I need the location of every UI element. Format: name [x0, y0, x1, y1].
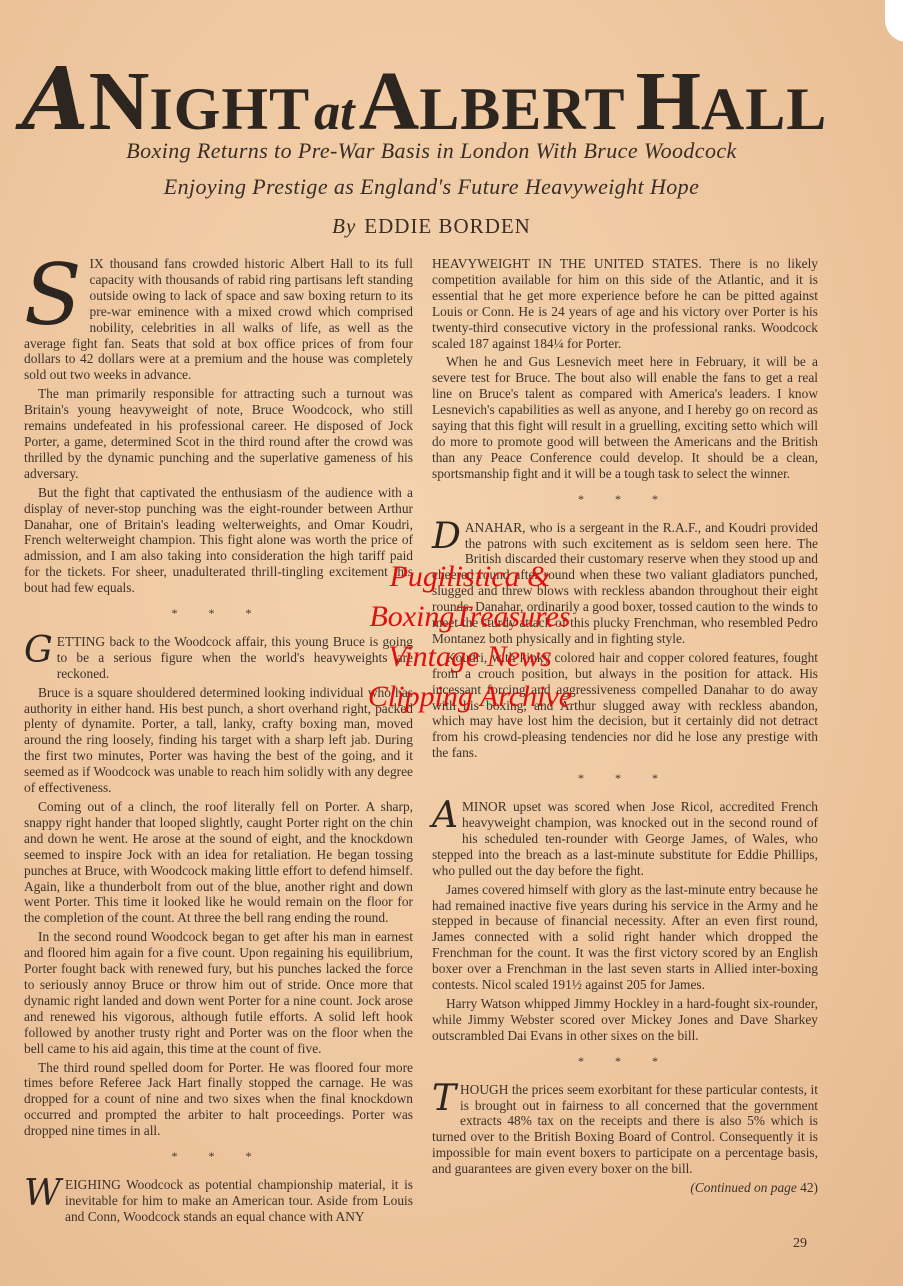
drop-cap: S — [24, 262, 82, 328]
title-albert-cap: A — [359, 60, 420, 144]
paragraph: Harry Watson whipped Jimmy Hockley in a … — [432, 996, 818, 1044]
subtitle-line-2: Enjoying Prestige as England's Future He… — [0, 174, 883, 200]
drop-cap: W — [24, 1179, 61, 1209]
subtitle-line-1: Boxing Returns to Pre-War Basis in Londo… — [0, 138, 883, 164]
paragraph: When he and Gus Lesnevich meet here in F… — [432, 354, 818, 481]
paragraph: Coming out of a clinch, the roof literal… — [24, 799, 413, 926]
left-column: SIX thousand fans crowded historic Alber… — [24, 256, 413, 1228]
title-albert-rest: LBERT — [419, 79, 625, 139]
paragraph: AMINOR upset was scored when Jose Ricol,… — [432, 799, 818, 879]
title-at: at — [314, 87, 354, 139]
paragraph-text: MINOR upset was scored when Jose Ricol, … — [432, 799, 818, 878]
paragraph: James covered himself with glory as the … — [432, 882, 818, 993]
drop-cap: A — [432, 801, 458, 831]
paragraph: GETTING back to the Woodcock affair, thi… — [24, 634, 413, 682]
paragraph: Koudri, with kinky colored hair and copp… — [432, 650, 818, 761]
paragraph: In the second round Woodcock began to ge… — [24, 929, 413, 1056]
paragraph-text: IX thousand fans crowded historic Albert… — [24, 256, 413, 382]
continued-label: (Continued on page — [690, 1180, 796, 1195]
paragraph: THOUGH the prices seem exorbitant for th… — [432, 1082, 818, 1177]
page-number: 29 — [793, 1236, 807, 1252]
title-night-cap: N — [89, 60, 150, 144]
title-hall-rest: ALL — [701, 79, 827, 139]
paragraph: Bruce is a square shouldered determined … — [24, 685, 413, 796]
article-title: ANIGHTatALBERTHALL — [22, 57, 832, 147]
section-divider: * * * — [432, 771, 818, 787]
title-hall-cap: H — [636, 60, 701, 144]
paragraph: But the fight that captivated the enthus… — [24, 485, 413, 596]
section-divider: * * * — [24, 1149, 413, 1165]
drop-cap: D — [432, 522, 461, 552]
continued-note: (Continued on page 42) — [432, 1180, 818, 1196]
continued-page: 42) — [800, 1180, 818, 1195]
right-column: HEAVYWEIGHT IN THE UNITED STATES. There … — [432, 256, 818, 1196]
paragraph-text: EIGHING Woodcock as potential championsh… — [65, 1177, 413, 1224]
paragraph: DANAHAR, who is a sergeant in the R.A.F.… — [432, 520, 818, 647]
paragraph: The third round spelled doom for Porter.… — [24, 1060, 413, 1140]
section-divider: * * * — [432, 492, 818, 508]
paragraph-text: ANAHAR, who is a sergeant in the R.A.F.,… — [432, 520, 818, 646]
paragraph: SIX thousand fans crowded historic Alber… — [24, 256, 413, 383]
paragraph-text: ETTING back to the Woodcock affair, this… — [57, 634, 413, 681]
title-night-rest: IGHT — [149, 79, 310, 139]
paragraph: WEIGHING Woodcock as potential champions… — [24, 1177, 413, 1225]
drop-cap: G — [24, 636, 53, 666]
paragraph: HEAVYWEIGHT IN THE UNITED STATES. There … — [432, 256, 818, 351]
byline-by: By — [332, 214, 356, 238]
paragraph: The man primarily responsible for attrac… — [24, 386, 413, 481]
byline-author: EDDIE BORDEN — [364, 214, 531, 238]
title-initial-a: A — [22, 57, 89, 143]
torn-corner — [885, 0, 903, 42]
paragraph-text: HOUGH the prices seem exorbitant for the… — [432, 1082, 818, 1177]
drop-cap: T — [432, 1084, 456, 1114]
section-divider: * * * — [24, 606, 413, 622]
byline: ByEDDIE BORDEN — [0, 214, 883, 239]
section-divider: * * * — [432, 1054, 818, 1070]
